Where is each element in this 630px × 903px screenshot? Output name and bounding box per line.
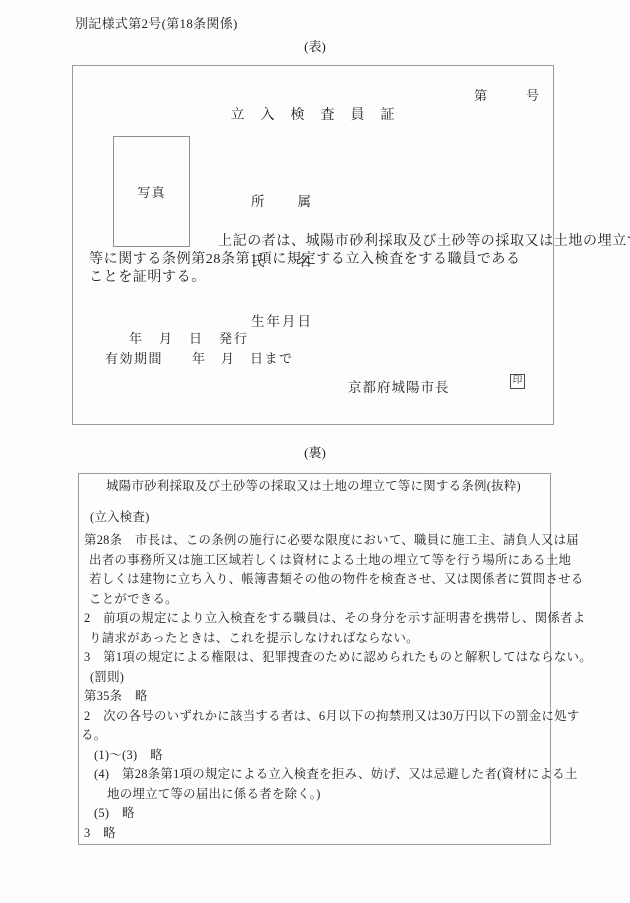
back-text-line: 第28条 市長は、この条例の施行に必要な限度において、職員に施工主、請負人又は届: [81, 531, 546, 551]
back-text-line: 2 次の各号のいずれかに該当する者は、6月以下の拘禁刑又は30万円以下の罰金に処…: [81, 707, 546, 727]
blank-line: [81, 497, 546, 508]
back-text-line: 3 略: [81, 824, 546, 844]
certificate-title: 立 入 検 査 員 証: [73, 104, 553, 124]
statement-line: 上記の者は、城陽市砂利採取及び土砂等の採取又は土地の埋立て: [218, 230, 630, 250]
photo-placeholder-box: 写真: [113, 136, 190, 247]
back-text-line: 第35条 略: [81, 687, 546, 707]
field-birthdate-label: 生年月日: [251, 312, 313, 332]
certificate-back-box: 城陽市砂利採取及び土砂等の採取又は土地の埋立て等に関する条例(抜粋) (立入検査…: [78, 473, 551, 845]
issuer-name: 京都府城陽市長: [348, 376, 450, 396]
validity-period-line: 有効期間 年 月 日まで: [105, 348, 294, 367]
certificate-number-line: 第 号: [474, 85, 539, 104]
back-text-line: 出者の事務所又は施工区域若しくは資材による土地の埋立て等を行う場所にある土地: [81, 551, 546, 571]
certificate-front-box: 第 号 立 入 検 査 員 証 写真 所 属 氏 名 生年月日 上記の者は、城陽…: [72, 65, 554, 425]
back-text-line: 3 第1項の規定による権限は、犯罪捜査のために認められたものと解釈してはならない…: [81, 648, 546, 668]
back-text-line: り請求があったときは、これを提示しなければならない。: [81, 629, 546, 649]
back-text-line: (5) 略: [81, 804, 546, 824]
statement-line: ことを証明する。: [89, 266, 206, 286]
document-page: 別記様式第2号(第18条関係) (表) 第 号 立 入 検 査 員 証 写真 所…: [0, 0, 630, 903]
back-text-line: (立入検査): [81, 508, 546, 528]
back-text-line: 地の埋立て等の届出に係る者を除く。): [81, 785, 546, 805]
back-text-line: ことができる。: [81, 590, 546, 610]
back-text-line: 2 前項の規定により立入検査をする職員は、その身分を示す証明書を携帯し、関係者よ: [81, 609, 546, 629]
front-side-label: (表): [0, 36, 630, 55]
statement-line: 等に関する条例第28条第1項に規定する立入検査をする職員である: [89, 248, 521, 268]
back-text-line: る。: [81, 726, 546, 746]
seal-mark: 印: [510, 374, 525, 389]
photo-label: 写真: [137, 182, 165, 201]
back-side-label: (裏): [0, 442, 630, 461]
form-number-label: 別記様式第2号(第18条関係): [75, 13, 238, 32]
back-text-line: 若しくは建物に立ち入り、帳簿書類その他の物件を検査させ、又は関係者に質問させる: [81, 570, 546, 590]
back-text-line: (罰則): [81, 668, 546, 688]
field-affiliation-label: 所 属: [251, 192, 313, 212]
issue-date-line: 年 月 日 発行: [129, 328, 249, 347]
back-text-line: (4) 第28条第1項の規定による立入検査を拒み、妨げ、又は忌避した者(資材によ…: [81, 765, 546, 785]
back-text-line: (1)～(3) 略: [81, 746, 546, 766]
ordinance-title: 城陽市砂利採取及び土砂等の採取又は土地の埋立て等に関する条例(抜粋): [81, 477, 546, 497]
